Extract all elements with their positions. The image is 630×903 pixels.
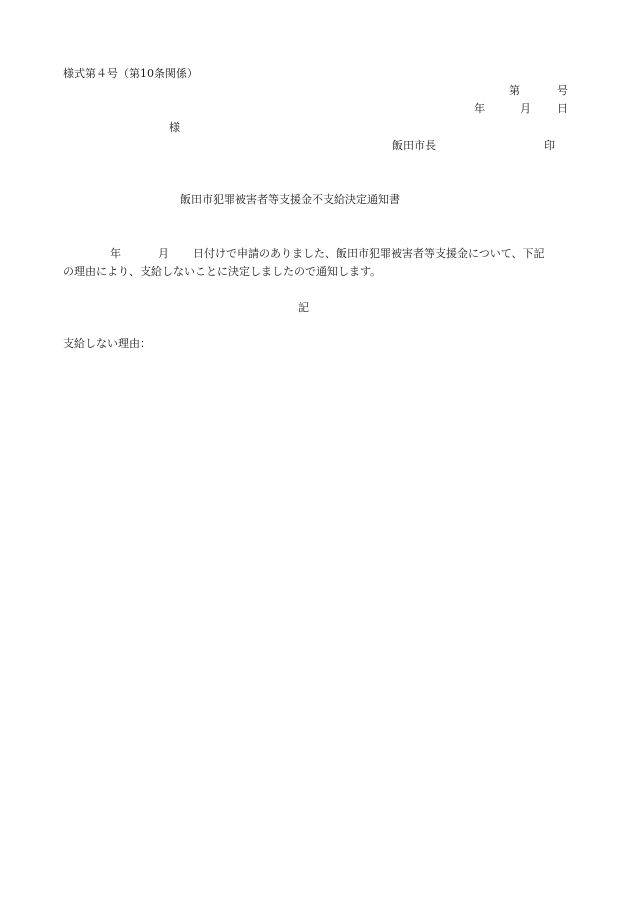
form-number: 様式第４号（第10条関係） bbox=[63, 68, 198, 79]
recipient-honorific: 様 bbox=[169, 122, 180, 133]
date-day-label: 日 bbox=[557, 103, 568, 114]
document-number-suffix: 号 bbox=[557, 85, 568, 96]
body-year-label: 年 bbox=[110, 248, 121, 259]
ki-heading: 記 bbox=[298, 302, 309, 313]
body-text-line-1: 日付けで申請のありました、飯田市犯罪被害者等支援金について、下記 bbox=[193, 248, 545, 259]
date-year-label: 年 bbox=[474, 103, 485, 114]
reason-label: 支給しない理由： bbox=[63, 338, 151, 349]
document-title: 飯田市犯罪被害者等支援金不支給決定通知書 bbox=[180, 194, 400, 205]
body-paragraph-line-2: の理由により、支給しないことに決定しましたので通知します。 bbox=[63, 266, 381, 277]
document-number-label: 第 bbox=[509, 85, 520, 96]
body-month-label: 月 bbox=[158, 248, 169, 259]
seal-mark: 印 bbox=[544, 140, 555, 151]
date-month-label: 月 bbox=[520, 103, 531, 114]
issuer-name: 飯田市長 bbox=[392, 140, 436, 151]
